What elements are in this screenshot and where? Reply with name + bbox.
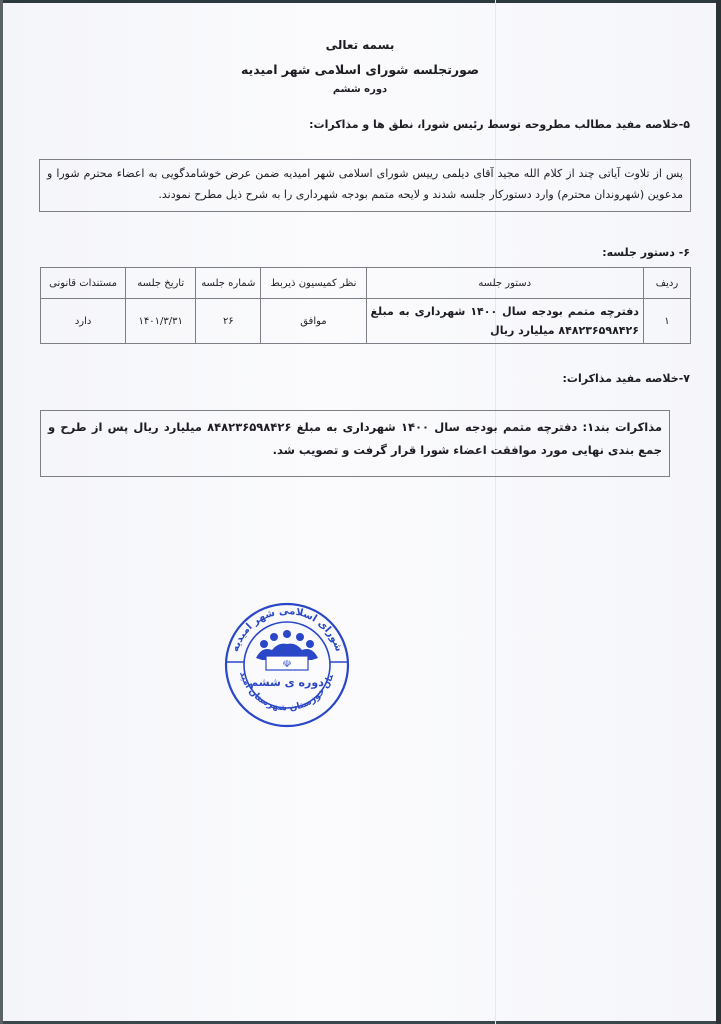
section5-title: ۵-خلاصه مفید مطالب مطروحه توسط رئیس شورا…: [300, 118, 690, 131]
svg-text:دوره ی ششم: دوره ی ششم: [250, 676, 324, 689]
council-seal-stamp: شورای اسلامی شهر امیدیه استان خوزستان شه…: [222, 600, 352, 730]
scan-edge-right: [716, 0, 721, 1024]
column-header-agenda: دستور جلسه: [366, 268, 643, 299]
cell-agenda-topic: دفترچه متمم بودجه سال ۱۴۰۰ شهرداری به مب…: [366, 299, 643, 344]
invocation-heading: بسمه تعالی: [200, 38, 520, 52]
cell-commission-opinion: موافق: [261, 299, 366, 344]
section7-title: ۷-خلاصه مفید مذاکرات:: [500, 372, 690, 385]
section5-summary-box: پس از تلاوت آیاتی چند از کلام الله مجید …: [39, 159, 691, 212]
scanned-page: بسمه تعالی صورتجلسه شورای اسلامی شهر امی…: [0, 0, 721, 1024]
cell-legal-documents: دارد: [41, 299, 126, 344]
table-row: ۱ دفترچه متمم بودجه سال ۱۴۰۰ شهرداری به …: [41, 299, 691, 344]
seal-icon: شورای اسلامی شهر امیدیه استان خوزستان شه…: [222, 600, 352, 730]
document-title: صورتجلسه شورای اسلامی شهر امیدیه: [200, 62, 520, 77]
scan-edge-top: [0, 0, 721, 3]
agenda-table: ردیف دستور جلسه نظر کمیسیون ذیربط شماره …: [40, 267, 691, 344]
column-header-session-date: تاریخ جلسه: [126, 268, 196, 299]
scan-edge-left: [0, 0, 3, 1024]
svg-text:☫: ☫: [283, 659, 292, 670]
paper-fold-line: [495, 0, 496, 1024]
column-header-row-number: ردیف: [643, 268, 690, 299]
cell-row-number: ۱: [643, 299, 690, 344]
column-header-session-number: شماره جلسه: [196, 268, 261, 299]
section7-discussion-box: مذاکرات بند۱: دفترچه متمم بودجه سال ۱۴۰۰…: [40, 410, 670, 477]
section6-title: ۶- دستور جلسه:: [500, 246, 690, 259]
agenda-header-row: ردیف دستور جلسه نظر کمیسیون ذیربط شماره …: [41, 268, 691, 299]
column-header-commission-opinion: نظر کمیسیون ذیربط: [261, 268, 366, 299]
cell-session-number: ۲۶: [196, 299, 261, 344]
cell-session-date: ۱۴۰۱/۳/۳۱: [126, 299, 196, 344]
column-header-legal-documents: مستندات قانونی: [41, 268, 126, 299]
council-term: دوره ششم: [200, 84, 520, 95]
